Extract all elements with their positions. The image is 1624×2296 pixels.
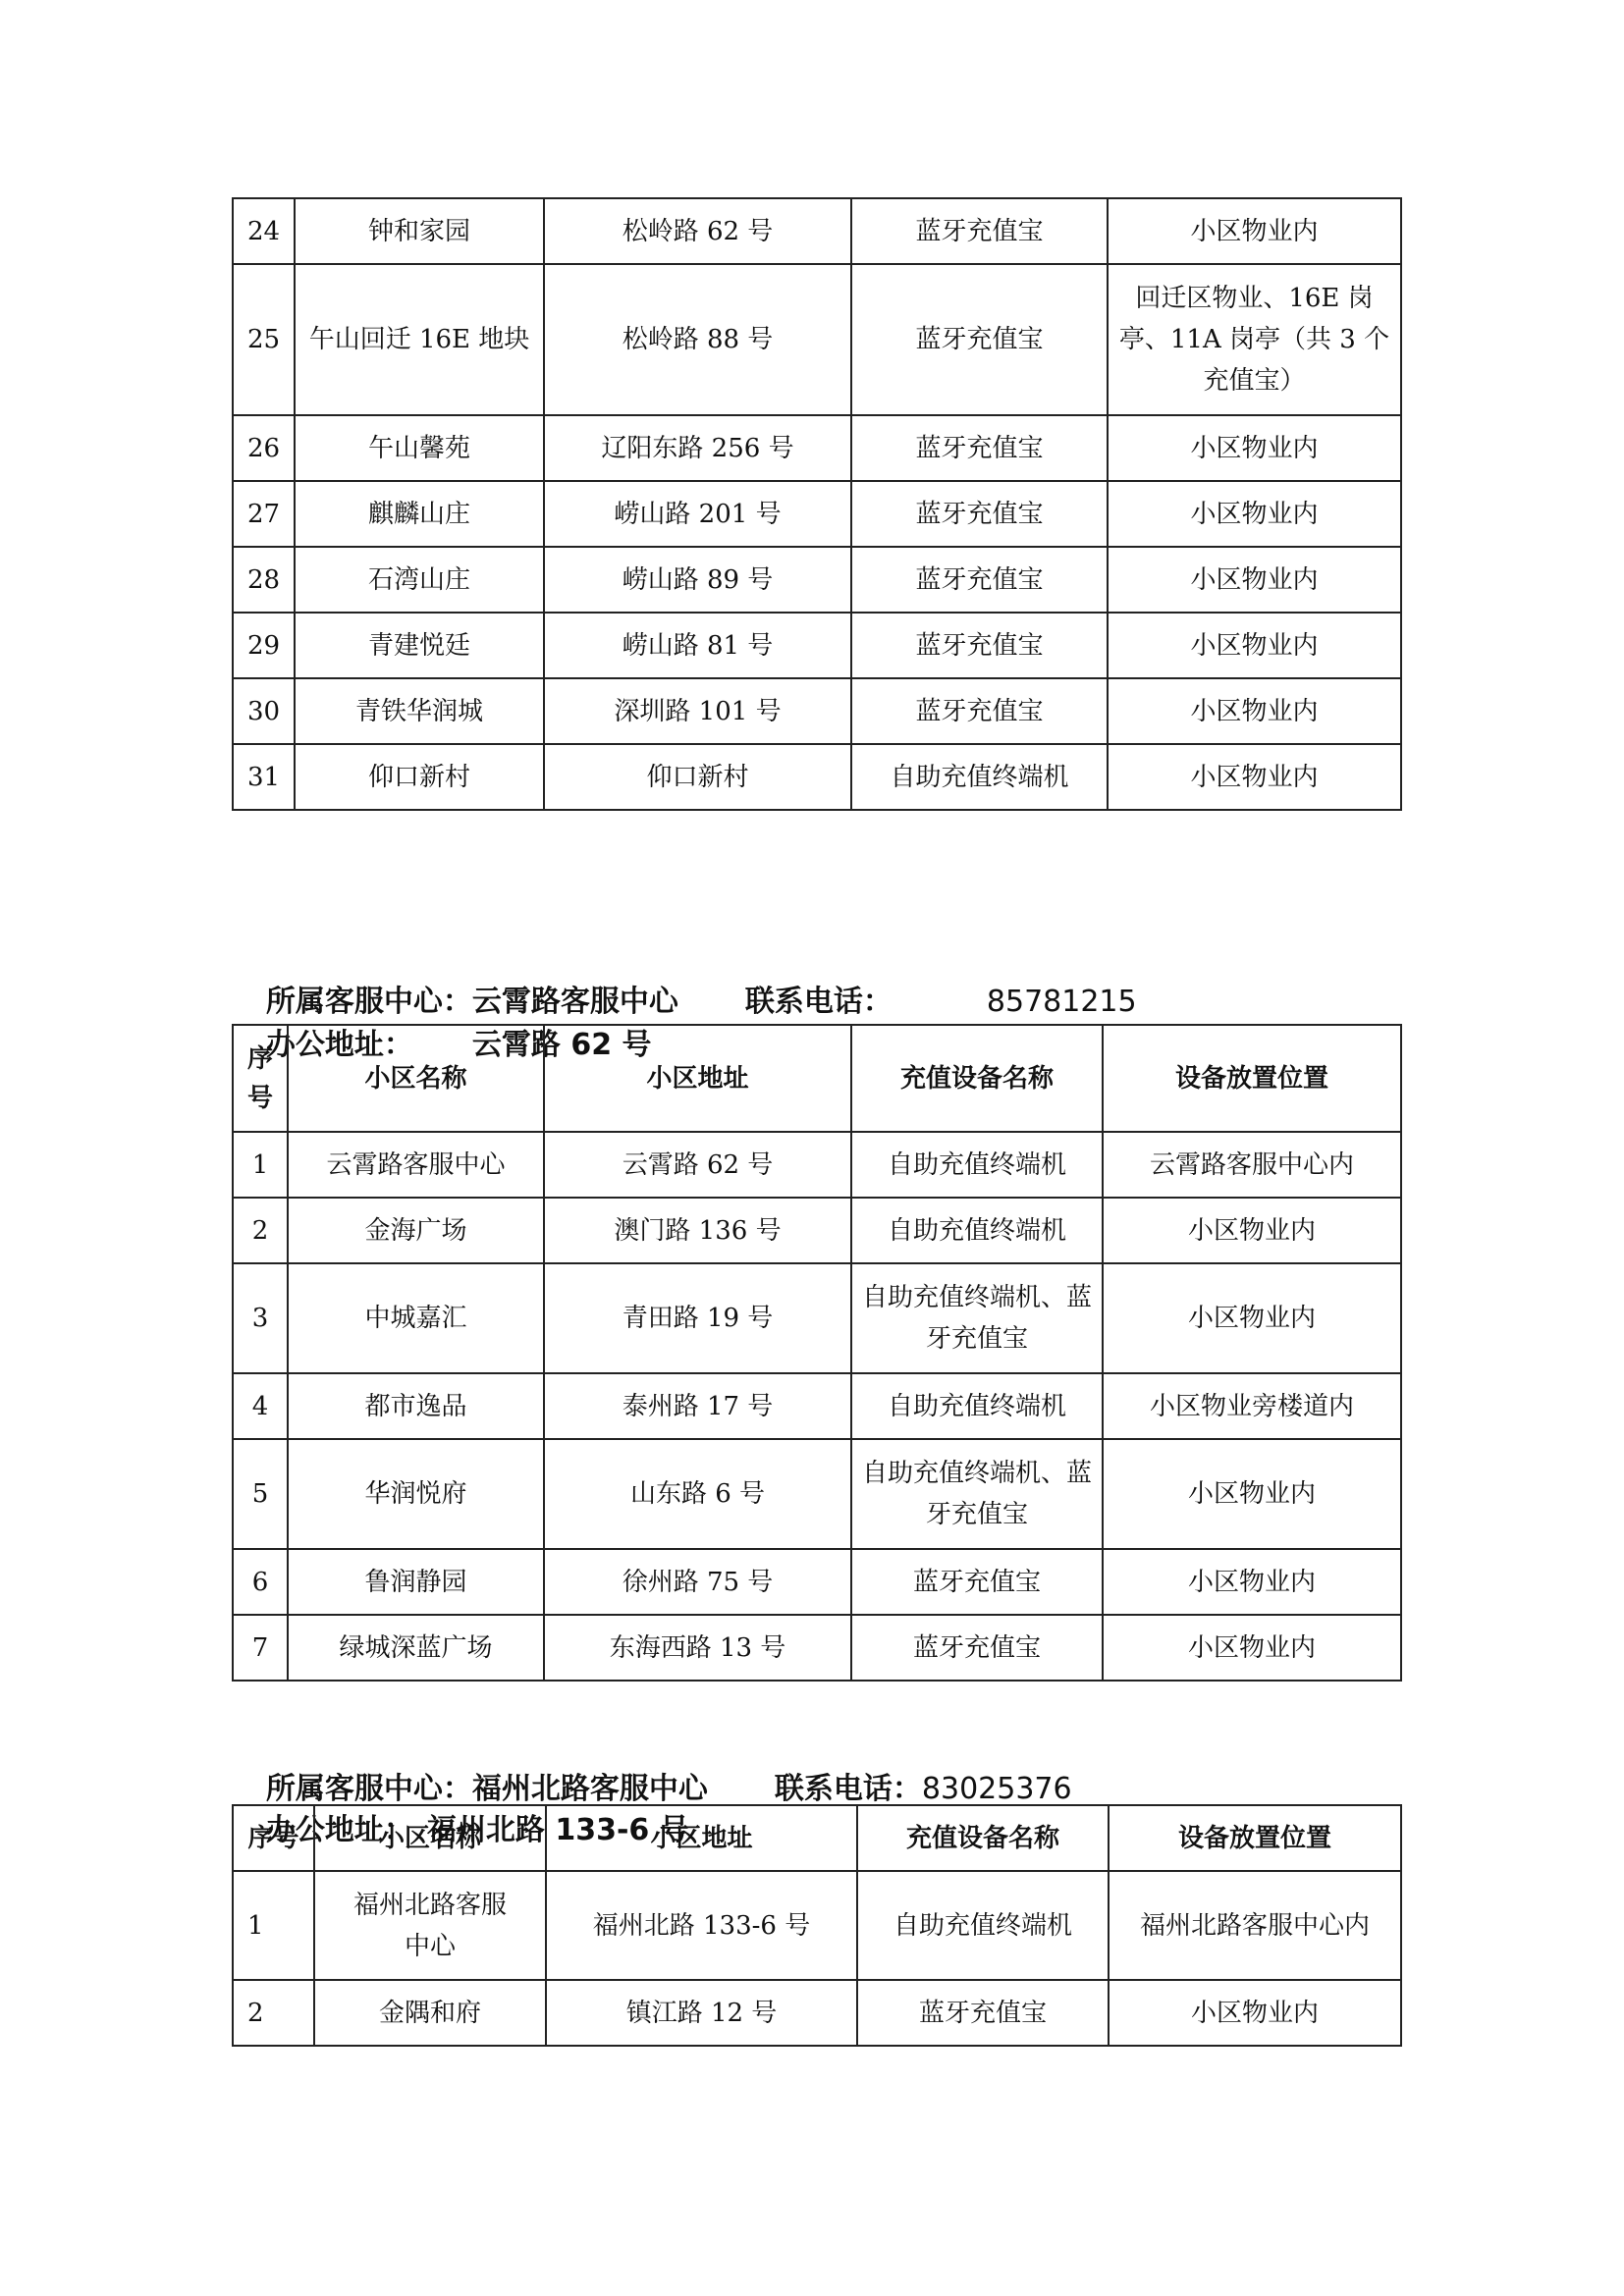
table-continued: 24 钟和家园 松岭路 62 号 蓝牙充值宝 小区物业内 25 午山回迁 16E… [232,197,1402,811]
cell-address: 福州北路 133-6 号 [546,1871,857,1980]
cell-device: 蓝牙充值宝 [851,1615,1103,1681]
table-row: 1 云霄路客服中心 云霄路 62 号 自助充值终端机 云霄路客服中心内 [233,1132,1401,1198]
table-row: 5 华润悦府 山东路 6 号 自助充值终端机、蓝牙充值宝 小区物业内 [233,1439,1401,1549]
table-row: 25 午山回迁 16E 地块 松岭路 88 号 蓝牙充值宝 回迁区物业、16E … [233,264,1401,415]
table-header-row: 序号 小区名称 小区地址 充值设备名称 设备放置位置 [233,1025,1401,1132]
cell-name: 午山馨苑 [295,415,544,481]
table-header-row: 序号 小区名称 小区地址 充值设备名称 设备放置位置 [233,1805,1401,1871]
cell-name: 金海广场 [288,1198,544,1263]
table-row: 24 钟和家园 松岭路 62 号 蓝牙充值宝 小区物业内 [233,198,1401,264]
cell-address: 深圳路 101 号 [544,678,851,744]
phone-label: 联系电话： [745,985,893,1019]
cell-device: 蓝牙充值宝 [851,678,1108,744]
cell-name: 鲁润静园 [288,1549,544,1615]
cell-address: 镇江路 12 号 [546,1980,857,2046]
cell-device: 自助充值终端机 [851,1373,1103,1439]
table-row: 7 绿城深蓝广场 东海西路 13 号 蓝牙充值宝 小区物业内 [233,1615,1401,1681]
cell-location: 云霄路客服中心内 [1103,1132,1401,1198]
cell-location: 小区物业内 [1103,1549,1401,1615]
cell-device: 自助充值终端机 [857,1871,1109,1980]
table-fuzhou-north: 序号 小区名称 小区地址 充值设备名称 设备放置位置 1 福州北路客服中心 福州… [232,1804,1402,2047]
table-row: 2 金隅和府 镇江路 12 号 蓝牙充值宝 小区物业内 [233,1980,1401,2046]
header-address: 小区地址 [546,1805,857,1871]
cell-address: 崂山路 201 号 [544,481,851,547]
cell-name: 钟和家园 [295,198,544,264]
cell-address: 东海西路 13 号 [544,1615,851,1681]
cell-name: 金隅和府 [314,1980,546,2046]
table-row: 1 福州北路客服中心 福州北路 133-6 号 自助充值终端机 福州北路客服中心… [233,1871,1401,1980]
cell-no: 24 [233,198,295,264]
cell-no: 29 [233,613,295,678]
cell-device: 蓝牙充值宝 [851,1549,1103,1615]
cell-address: 松岭路 88 号 [544,264,851,415]
cell-no: 3 [233,1263,288,1373]
cell-no: 26 [233,415,295,481]
header-address: 小区地址 [544,1025,851,1132]
cell-name: 中城嘉汇 [288,1263,544,1373]
cell-no: 4 [233,1373,288,1439]
cell-name: 福州北路客服中心 [314,1871,546,1980]
header-location: 设备放置位置 [1109,1805,1401,1871]
cell-name: 仰口新村 [295,744,544,810]
cell-location: 福州北路客服中心内 [1109,1871,1401,1980]
table-row: 26 午山馨苑 辽阳东路 256 号 蓝牙充值宝 小区物业内 [233,415,1401,481]
cell-name: 云霄路客服中心 [288,1132,544,1198]
table-yunxiao: 序号 小区名称 小区地址 充值设备名称 设备放置位置 1 云霄路客服中心 云霄路… [232,1024,1402,1682]
cell-location: 小区物业内 [1108,415,1401,481]
cell-address: 松岭路 62 号 [544,198,851,264]
cell-no: 28 [233,547,295,613]
cell-address: 徐州路 75 号 [544,1549,851,1615]
table-row: 4 都市逸品 泰州路 17 号 自助充值终端机 小区物业旁楼道内 [233,1373,1401,1439]
cell-name: 绿城深蓝广场 [288,1615,544,1681]
cell-location: 小区物业内 [1103,1615,1401,1681]
cell-location: 小区物业内 [1108,678,1401,744]
cell-device: 蓝牙充值宝 [851,547,1108,613]
cell-device: 自助充值终端机、蓝牙充值宝 [851,1263,1103,1373]
cell-device: 蓝牙充值宝 [851,481,1108,547]
cell-no: 30 [233,678,295,744]
cell-address: 澳门路 136 号 [544,1198,851,1263]
table-row: 6 鲁润静园 徐州路 75 号 蓝牙充值宝 小区物业内 [233,1549,1401,1615]
cell-location: 小区物业内 [1103,1198,1401,1263]
cell-no: 1 [233,1132,288,1198]
cell-location: 小区物业内 [1103,1439,1401,1549]
cell-location: 小区物业内 [1108,198,1401,264]
cell-name: 华润悦府 [288,1439,544,1549]
cell-location: 小区物业旁楼道内 [1103,1373,1401,1439]
phone-label: 联系电话： [775,1772,922,1806]
header-name: 小区名称 [288,1025,544,1132]
cell-device: 自助充值终端机、蓝牙充值宝 [851,1439,1103,1549]
table-row: 29 青建悦廷 崂山路 81 号 蓝牙充值宝 小区物业内 [233,613,1401,678]
table-row: 3 中城嘉汇 青田路 19 号 自助充值终端机、蓝牙充值宝 小区物业内 [233,1263,1401,1373]
cell-name: 青铁华润城 [295,678,544,744]
header-location: 设备放置位置 [1103,1025,1401,1132]
cell-name: 青建悦廷 [295,613,544,678]
header-no: 序号 [233,1805,314,1871]
cell-name: 午山回迁 16E 地块 [295,264,544,415]
cell-no: 25 [233,264,295,415]
header-device: 充值设备名称 [851,1025,1103,1132]
header-no: 序号 [233,1025,288,1132]
cell-no: 1 [233,1871,314,1980]
cell-location: 小区物业内 [1108,481,1401,547]
cell-address: 崂山路 89 号 [544,547,851,613]
table-row: 28 石湾山庄 崂山路 89 号 蓝牙充值宝 小区物业内 [233,547,1401,613]
cell-no: 27 [233,481,295,547]
cell-address: 崂山路 81 号 [544,613,851,678]
cell-device: 蓝牙充值宝 [851,198,1108,264]
cell-device: 自助充值终端机 [851,1132,1103,1198]
cell-location: 小区物业内 [1103,1263,1401,1373]
header-name: 小区名称 [314,1805,546,1871]
table-row: 27 麒麟山庄 崂山路 201 号 蓝牙充值宝 小区物业内 [233,481,1401,547]
cell-name: 石湾山庄 [295,547,544,613]
cell-location: 小区物业内 [1108,744,1401,810]
cell-device: 蓝牙充值宝 [857,1980,1109,2046]
phone-number: 85781215 [987,985,1137,1019]
cell-device: 蓝牙充值宝 [851,613,1108,678]
cell-location: 小区物业内 [1108,613,1401,678]
table-row: 30 青铁华润城 深圳路 101 号 蓝牙充值宝 小区物业内 [233,678,1401,744]
cell-no: 2 [233,1980,314,2046]
cell-name: 都市逸品 [288,1373,544,1439]
table-row: 31 仰口新村 仰口新村 自助充值终端机 小区物业内 [233,744,1401,810]
cell-location: 回迁区物业、16E 岗亭、11A 岗亭（共 3 个充值宝） [1108,264,1401,415]
cell-location: 小区物业内 [1109,1980,1401,2046]
cell-location: 小区物业内 [1108,547,1401,613]
cell-device: 蓝牙充值宝 [851,415,1108,481]
cell-name: 麒麟山庄 [295,481,544,547]
phone-number: 83025376 [922,1772,1072,1806]
cell-no: 5 [233,1439,288,1549]
cell-address: 云霄路 62 号 [544,1132,851,1198]
cell-address: 山东路 6 号 [544,1439,851,1549]
cell-no: 31 [233,744,295,810]
table-row: 2 金海广场 澳门路 136 号 自助充值终端机 小区物业内 [233,1198,1401,1263]
cell-address: 辽阳东路 256 号 [544,415,851,481]
header-device: 充值设备名称 [857,1805,1109,1871]
cell-address: 泰州路 17 号 [544,1373,851,1439]
cell-device: 自助充值终端机 [851,1198,1103,1263]
cell-no: 7 [233,1615,288,1681]
cell-device: 自助充值终端机 [851,744,1108,810]
cell-address: 青田路 19 号 [544,1263,851,1373]
cell-address: 仰口新村 [544,744,851,810]
cell-device: 蓝牙充值宝 [851,264,1108,415]
cell-no: 2 [233,1198,288,1263]
cell-no: 6 [233,1549,288,1615]
